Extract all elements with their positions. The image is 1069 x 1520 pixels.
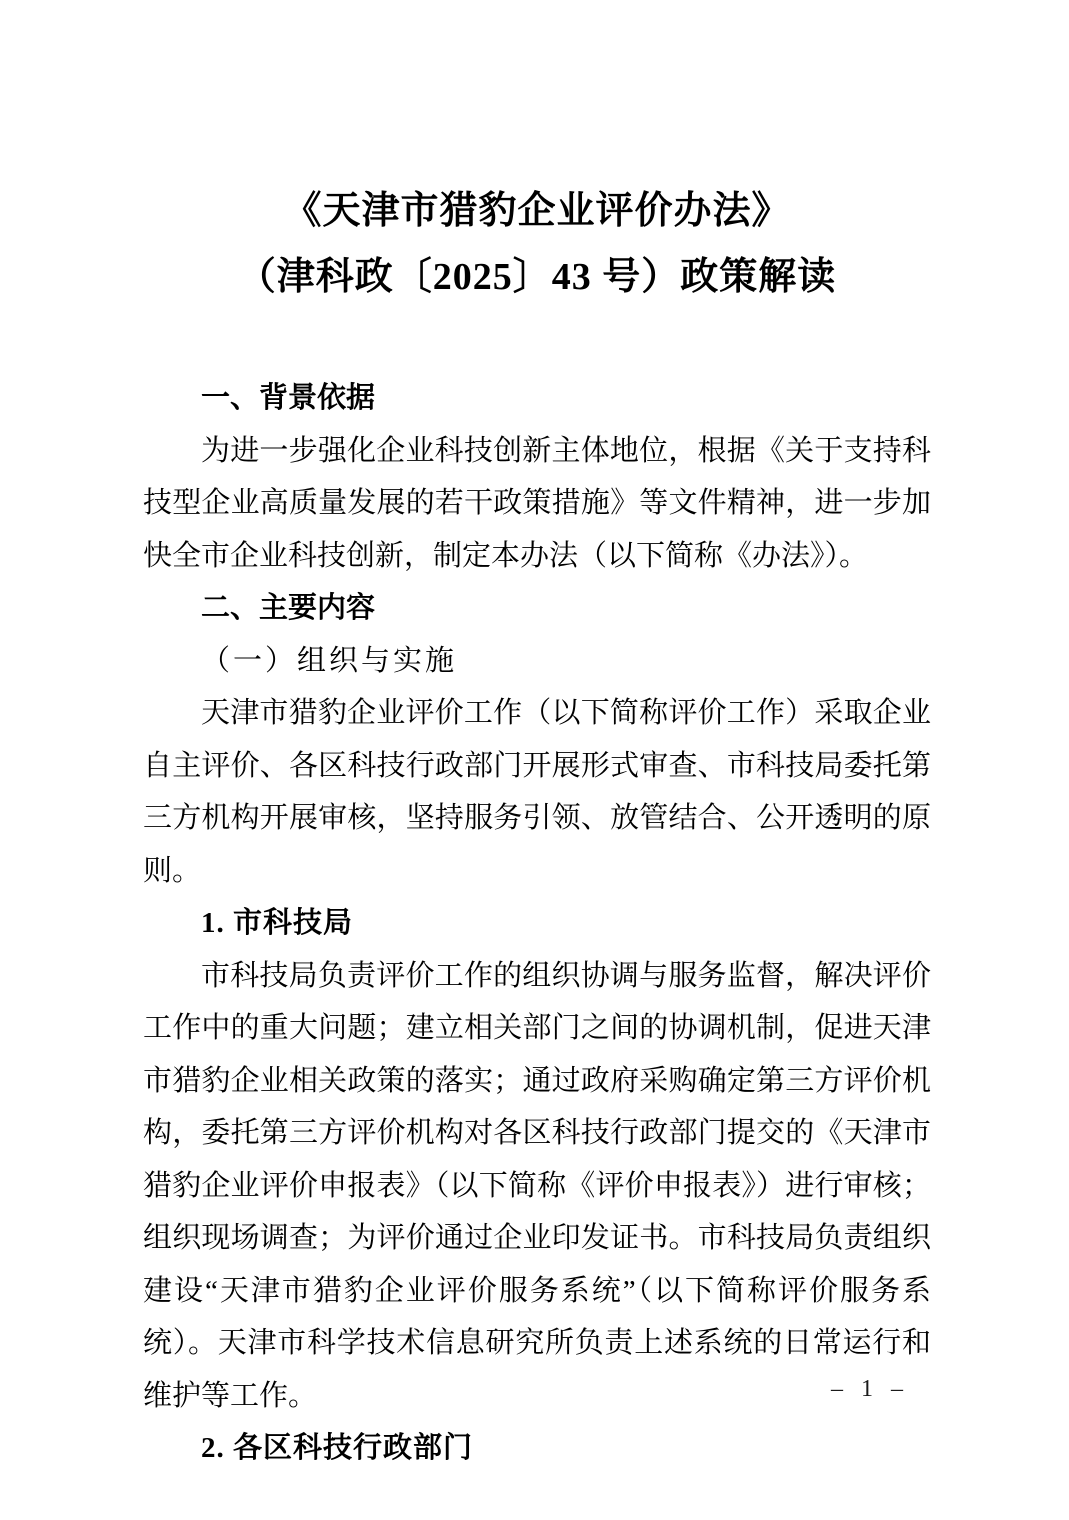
document-title: 《天津市猎豹企业评价办法》 （津科政〔2025〕43 号）政策解读 xyxy=(143,178,931,310)
section-heading-main-content: 二、主要内容 xyxy=(143,582,931,635)
item-heading-district-departments: 2. 各区科技行政部门 xyxy=(143,1422,931,1475)
paragraph-organization: 天津市猎豹企业评价工作（以下简称评价工作）采取企业自主评价、各区科技行政部门开展… xyxy=(143,687,931,897)
title-line-1: 《天津市猎豹企业评价办法》 xyxy=(143,178,931,244)
document-body: 一、背景依据 为进一步强化企业科技创新主体地位，根据《关于支持科技型企业高质量发… xyxy=(143,372,931,1475)
document-content: 《天津市猎豹企业评价办法》 （津科政〔2025〕43 号）政策解读 一、背景依据… xyxy=(143,178,931,1475)
paragraph-background: 为进一步强化企业科技创新主体地位，根据《关于支持科技型企业高质量发展的若干政策措… xyxy=(143,425,931,583)
subsection-heading-organization: （一）组织与实施 xyxy=(143,635,931,688)
paragraph-science-bureau: 市科技局负责评价工作的组织协调与服务监督，解决评价工作中的重大问题；建立相关部门… xyxy=(143,950,931,1423)
page-number: – 1 – xyxy=(831,1376,909,1403)
item-heading-science-bureau: 1. 市科技局 xyxy=(143,897,931,950)
title-line-2: （津科政〔2025〕43 号）政策解读 xyxy=(143,244,931,310)
document-page: 《天津市猎豹企业评价办法》 （津科政〔2025〕43 号）政策解读 一、背景依据… xyxy=(0,0,1069,1520)
section-heading-background: 一、背景依据 xyxy=(143,372,931,425)
